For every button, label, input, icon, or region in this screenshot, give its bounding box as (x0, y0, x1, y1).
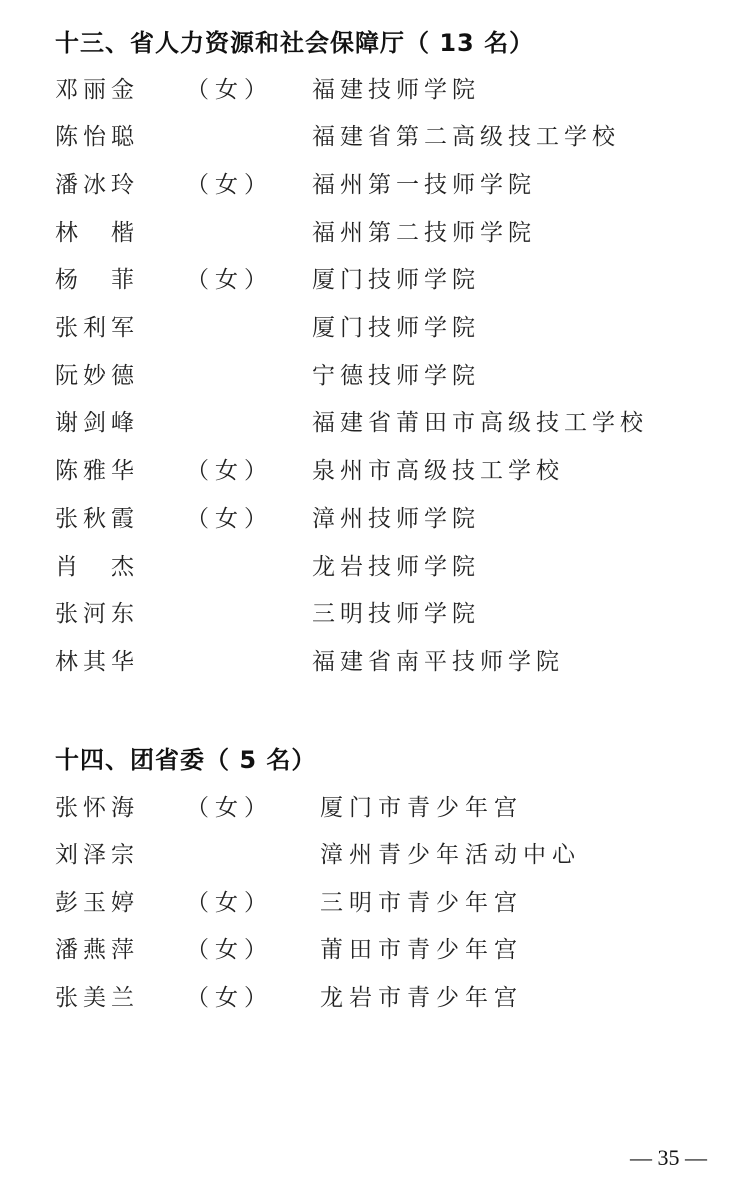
person-name: 张怀海 (55, 793, 139, 823)
person-name: 谢剑峰 (55, 408, 139, 438)
organization: 厦门技师学院 (312, 313, 480, 343)
page-number: — 35 — (630, 1143, 707, 1173)
person-name: 刘泽宗 (55, 840, 139, 870)
person-name: 张利军 (55, 313, 139, 343)
organization: 三明技师学院 (312, 599, 480, 629)
person-name: 张河东 (55, 599, 139, 629)
person-name: 肖 杰 (55, 552, 139, 582)
section-heading-13: 十三、省人力资源和社会保障厅（ 13 名） (55, 28, 534, 58)
person-name: 潘燕萍 (55, 935, 139, 965)
person-name: 张美兰 (55, 983, 139, 1013)
organization: 莆田市青少年宫 (320, 935, 523, 965)
gender-note: （女） (186, 504, 273, 534)
organization: 福建省南平技师学院 (312, 647, 564, 677)
organization: 福建省第二高级技工学校 (312, 122, 620, 152)
person-name: 陈雅华 (55, 456, 139, 486)
section-heading-14: 十四、团省委（ 5 名） (55, 745, 316, 775)
gender-note: （女） (186, 935, 273, 965)
organization: 龙岩市青少年宫 (320, 983, 523, 1013)
person-name: 彭玉婷 (55, 888, 139, 918)
gender-note: （女） (186, 983, 273, 1013)
person-name: 林 楷 (55, 218, 139, 248)
gender-note: （女） (186, 75, 273, 105)
organization: 宁德技师学院 (312, 361, 480, 391)
organization: 福建省莆田市高级技工学校 (312, 408, 648, 438)
person-name: 邓丽金 (55, 75, 139, 105)
gender-note: （女） (186, 265, 273, 295)
gender-note: （女） (186, 456, 273, 486)
person-name: 陈怡聪 (55, 122, 139, 152)
person-name: 杨 菲 (55, 265, 139, 295)
organization: 厦门市青少年宫 (320, 793, 523, 823)
gender-note: （女） (186, 888, 273, 918)
person-name: 张秋霞 (55, 504, 139, 534)
organization: 福州第二技师学院 (312, 218, 536, 248)
document-page: 十三、省人力资源和社会保障厅（ 13 名） 邓丽金 （女） 福建技师学院 陈怡聪… (0, 0, 744, 1180)
organization: 漳州青少年活动中心 (320, 840, 581, 870)
organization: 漳州技师学院 (312, 504, 480, 534)
organization: 泉州市高级技工学校 (312, 456, 564, 486)
gender-note: （女） (186, 793, 273, 823)
organization: 龙岩技师学院 (312, 552, 480, 582)
person-name: 阮妙德 (55, 361, 139, 391)
organization: 福州第一技师学院 (312, 170, 536, 200)
gender-note: （女） (186, 170, 273, 200)
organization: 福建技师学院 (312, 75, 480, 105)
organization: 厦门技师学院 (312, 265, 480, 295)
person-name: 潘冰玲 (55, 170, 139, 200)
person-name: 林其华 (55, 647, 139, 677)
organization: 三明市青少年宫 (320, 888, 523, 918)
